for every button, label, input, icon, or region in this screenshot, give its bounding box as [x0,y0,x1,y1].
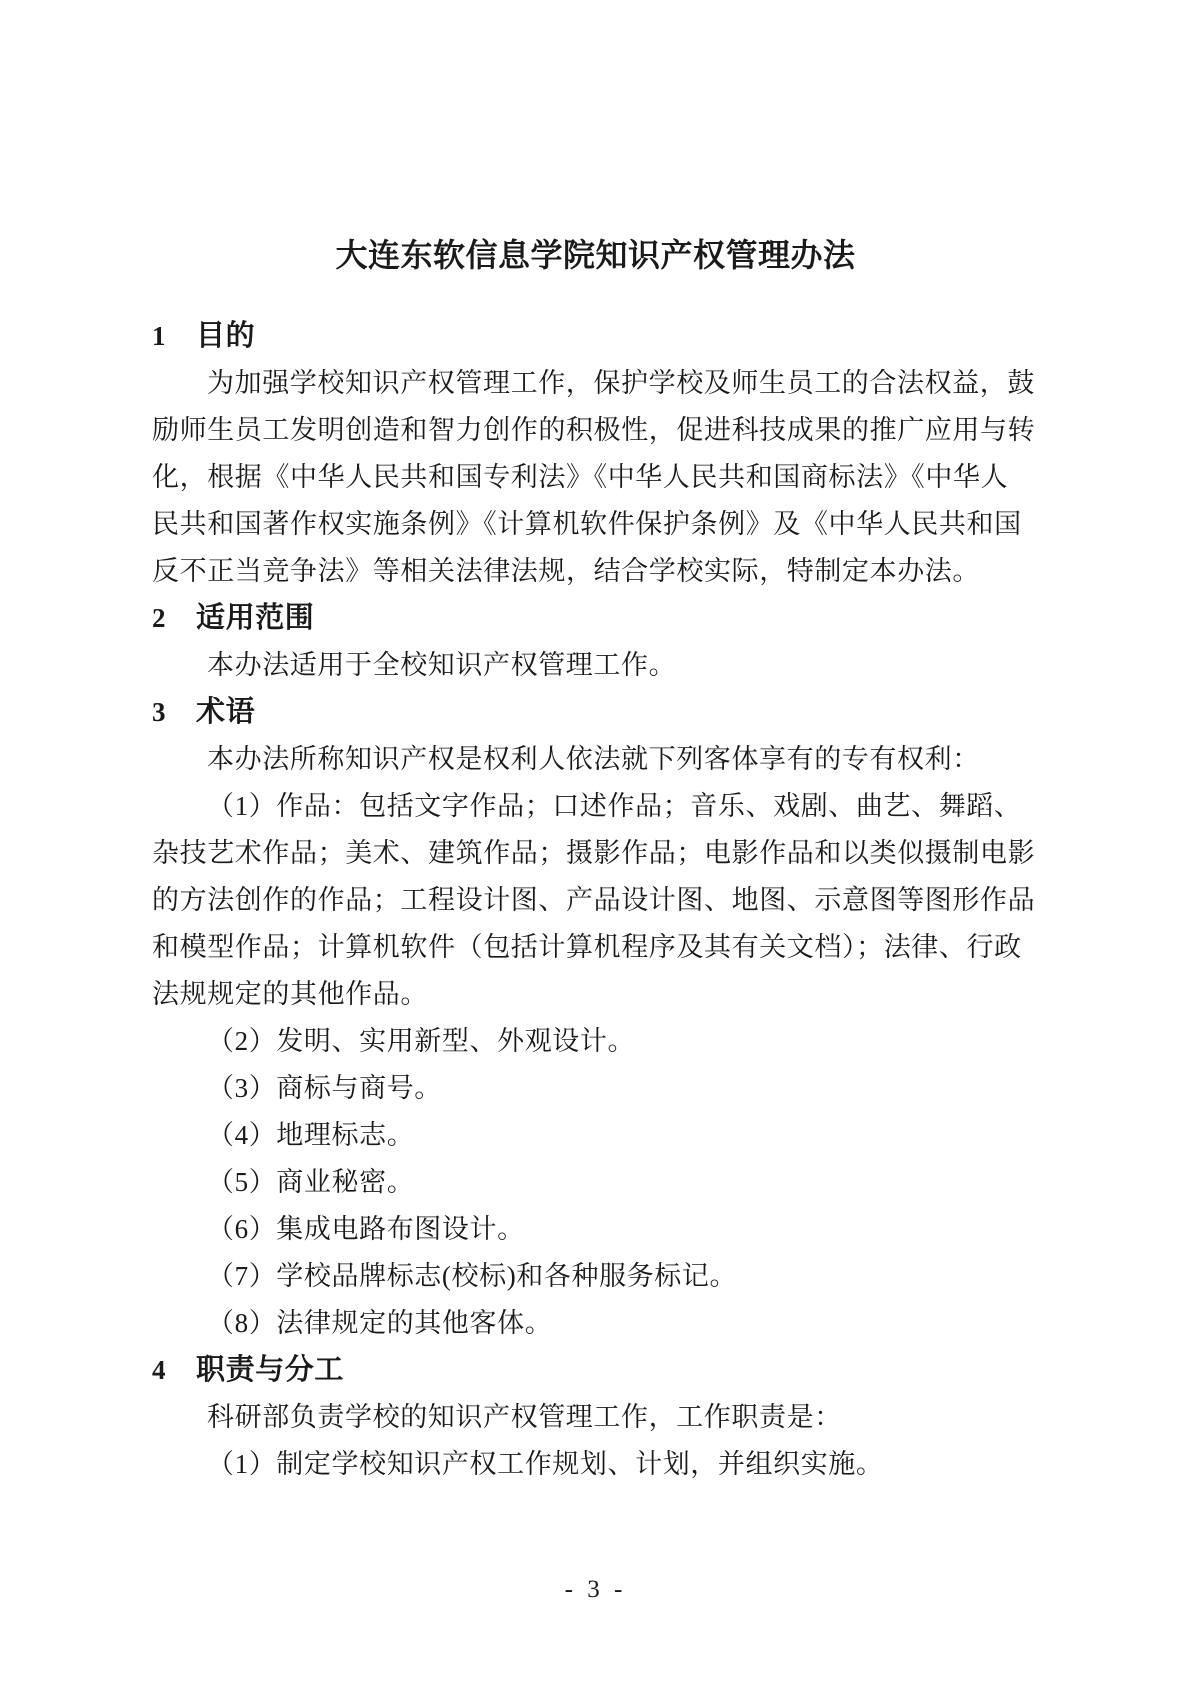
list-item: （2）发明、实用新型、外观设计。 [152,1018,1038,1065]
text-line: 民共和国著作权实施条例》《计算机软件保护条例》及《中华人民共和国 [152,501,1038,548]
section-number: 3 [152,689,196,736]
text-line: 法规规定的其他作品。 [152,971,1038,1018]
list-item: （6）集成电路布图设计。 [152,1206,1038,1253]
page-number: - 3 - [565,1576,627,1603]
section-heading-4: 4职责与分工 [152,1347,1038,1394]
section-heading-label: 术语 [196,696,255,728]
list-item: （5）商业秘密。 [152,1159,1038,1206]
text-line: 本办法所称知识产权是权利人依法就下列客体享有的专有权利： [152,736,1038,783]
section-number: 1 [152,313,196,360]
section-heading-label: 适用范围 [196,602,314,634]
text-line: 的方法创作的作品；工程设计图、产品设计图、地图、示意图等图形作品 [152,877,1038,924]
section-heading-3: 3术语 [152,689,1038,736]
text-line: 为加强学校知识产权管理工作，保护学校及师生员工的合法权益，鼓 [152,360,1038,407]
section-number: 4 [152,1347,196,1394]
document-page: 大连东软信息学院知识产权管理办法 1目的 为加强学校知识产权管理工作，保护学校及… [0,0,1191,1684]
list-item: （1）制定学校知识产权工作规划、计划，并组织实施。 [152,1441,1038,1488]
text-line: 励师生员工发明创造和智力创作的积极性，促进科技成果的推广应用与转 [152,407,1038,454]
section-heading-2: 2适用范围 [152,595,1038,642]
text-line: 和模型作品；计算机软件（包括计算机程序及其有关文档）；法律、行政 [152,924,1038,971]
text-line: 反不正当竞争法》等相关法律法规，结合学校实际，特制定本办法。 [152,548,1038,595]
list-item: （3）商标与商号。 [152,1065,1038,1112]
document-body: 1目的 为加强学校知识产权管理工作，保护学校及师生员工的合法权益，鼓 励师生员工… [152,313,1038,1488]
section-heading-label: 目的 [196,320,255,352]
list-item: （7）学校品牌标志(校标)和各种服务标记。 [152,1253,1038,1300]
section-heading-label: 职责与分工 [196,1354,344,1386]
section-heading-1: 1目的 [152,313,1038,360]
list-item: （1）作品：包括文字作品；口述作品；音乐、戏剧、曲艺、舞蹈、 [152,783,1038,830]
text-line: 杂技艺术作品；美术、建筑作品；摄影作品；电影作品和以类似摄制电影 [152,830,1038,877]
text-line: 化，根据《中华人民共和国专利法》《中华人民共和国商标法》《中华人 [152,454,1038,501]
list-item: （8）法律规定的其他客体。 [152,1300,1038,1347]
page-footer: - 3 - [0,1576,1191,1604]
text-line: 科研部负责学校的知识产权管理工作，工作职责是： [152,1394,1038,1441]
section-number: 2 [152,595,196,642]
text-line: 本办法适用于全校知识产权管理工作。 [152,642,1038,689]
list-item: （4）地理标志。 [152,1112,1038,1159]
document-title: 大连东软信息学院知识产权管理办法 [0,234,1191,276]
